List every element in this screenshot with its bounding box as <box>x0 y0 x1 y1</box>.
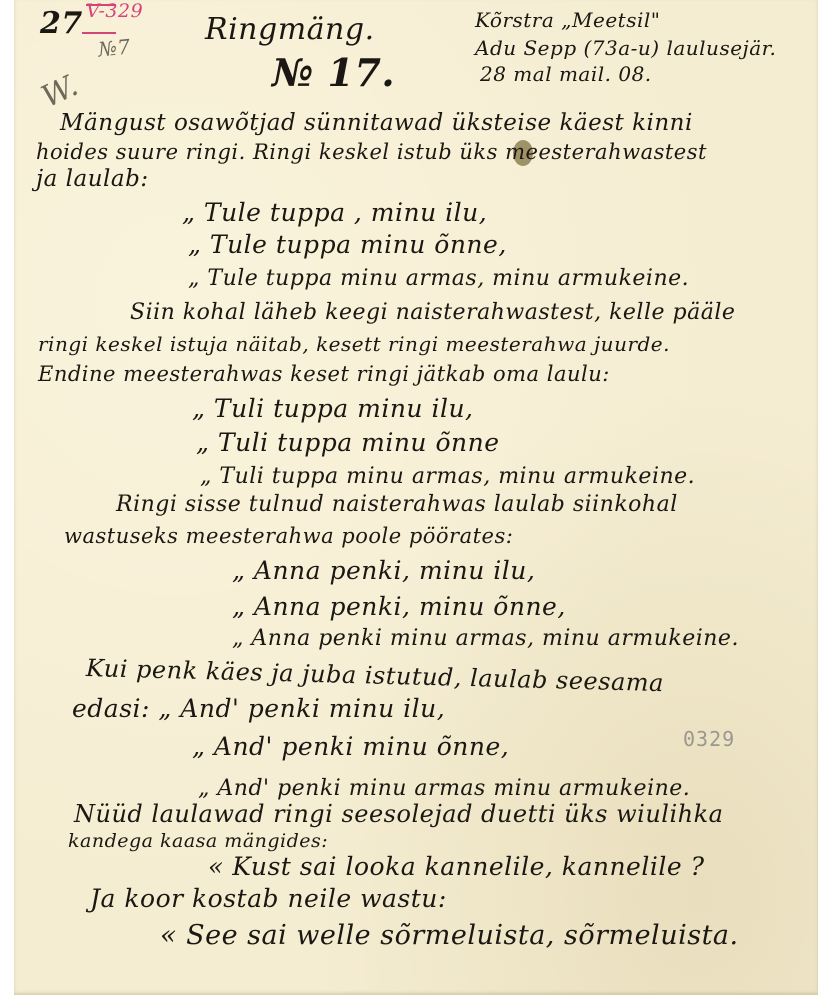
header-location: Kõrstra „Meetsil" <box>475 8 660 32</box>
header-date: 28 mal mail. 08. <box>480 62 652 86</box>
text-line: Mängust osawõtjad sünnitawad üksteise kä… <box>60 110 693 136</box>
verse-line: „ And' penki minu õnne, <box>192 732 509 761</box>
archive-mark-underline <box>82 32 116 34</box>
verse-line: „ Anna penki, minu õnne, <box>232 592 566 621</box>
verse-line: „ Tule tuppa , minu ilu, <box>182 198 487 227</box>
text-line: ringi keskel istuja näitab, kesett ringi… <box>38 332 670 356</box>
verse-line: „ And' penki minu armas minu armukeine. <box>198 776 690 801</box>
verse-line: Ja koor kostab neile wastu: <box>90 884 447 913</box>
verse-line: „ Anna penki minu armas, minu armukeine. <box>232 626 739 651</box>
text-line: ja laulab: <box>36 166 149 192</box>
verse-line: „ Tule tuppa minu õnne, <box>188 230 507 259</box>
text-line: Endine meesterahwas keset ringi jätkab o… <box>38 362 610 386</box>
verse-line: „ Tuli tuppa minu armas, minu armukeine. <box>200 464 695 489</box>
text-line: hoides suure ringi. Ringi keskel istub ü… <box>36 140 707 164</box>
archive-mark-overline <box>86 4 116 6</box>
verse-line: „ Tuli tuppa minu ilu, <box>192 394 474 423</box>
verse-line: „ Tule tuppa minu armas, minu armukeine. <box>188 266 689 291</box>
text-line: wastuseks meesterahwa poole pöörates: <box>64 524 513 548</box>
verse-line: « Kust sai looka kannelile, kannelile ? <box>208 852 704 881</box>
item-number: №7 <box>97 34 132 61</box>
archive-stamp: 0329 <box>683 727 735 751</box>
song-number: № 17. <box>272 50 395 95</box>
text-line: Ringi sisse tulnud naisterahwas laulab s… <box>116 492 678 517</box>
text-line: Nüüd laulawad ringi seesolejad duetti ük… <box>74 800 723 828</box>
page-title: Ringmäng. <box>205 12 375 47</box>
verse-line: edasi: „ And' penki minu ilu, <box>72 694 445 723</box>
text-line: kandega kaasa mängides: <box>68 830 328 852</box>
header-collector: Adu Sepp (73a-u) laulusejär. <box>475 36 776 60</box>
verse-line: « See sai welle sõrmeluista, sõrmeluista… <box>160 920 739 951</box>
verse-line: „ Anna penki, minu ilu, <box>232 556 535 585</box>
corner-number: 27 <box>40 6 83 41</box>
text-line: Siin kohal läheb keegi naisterahwastest,… <box>130 300 735 325</box>
verse-line: „ Tuli tuppa minu õnne <box>196 428 500 457</box>
